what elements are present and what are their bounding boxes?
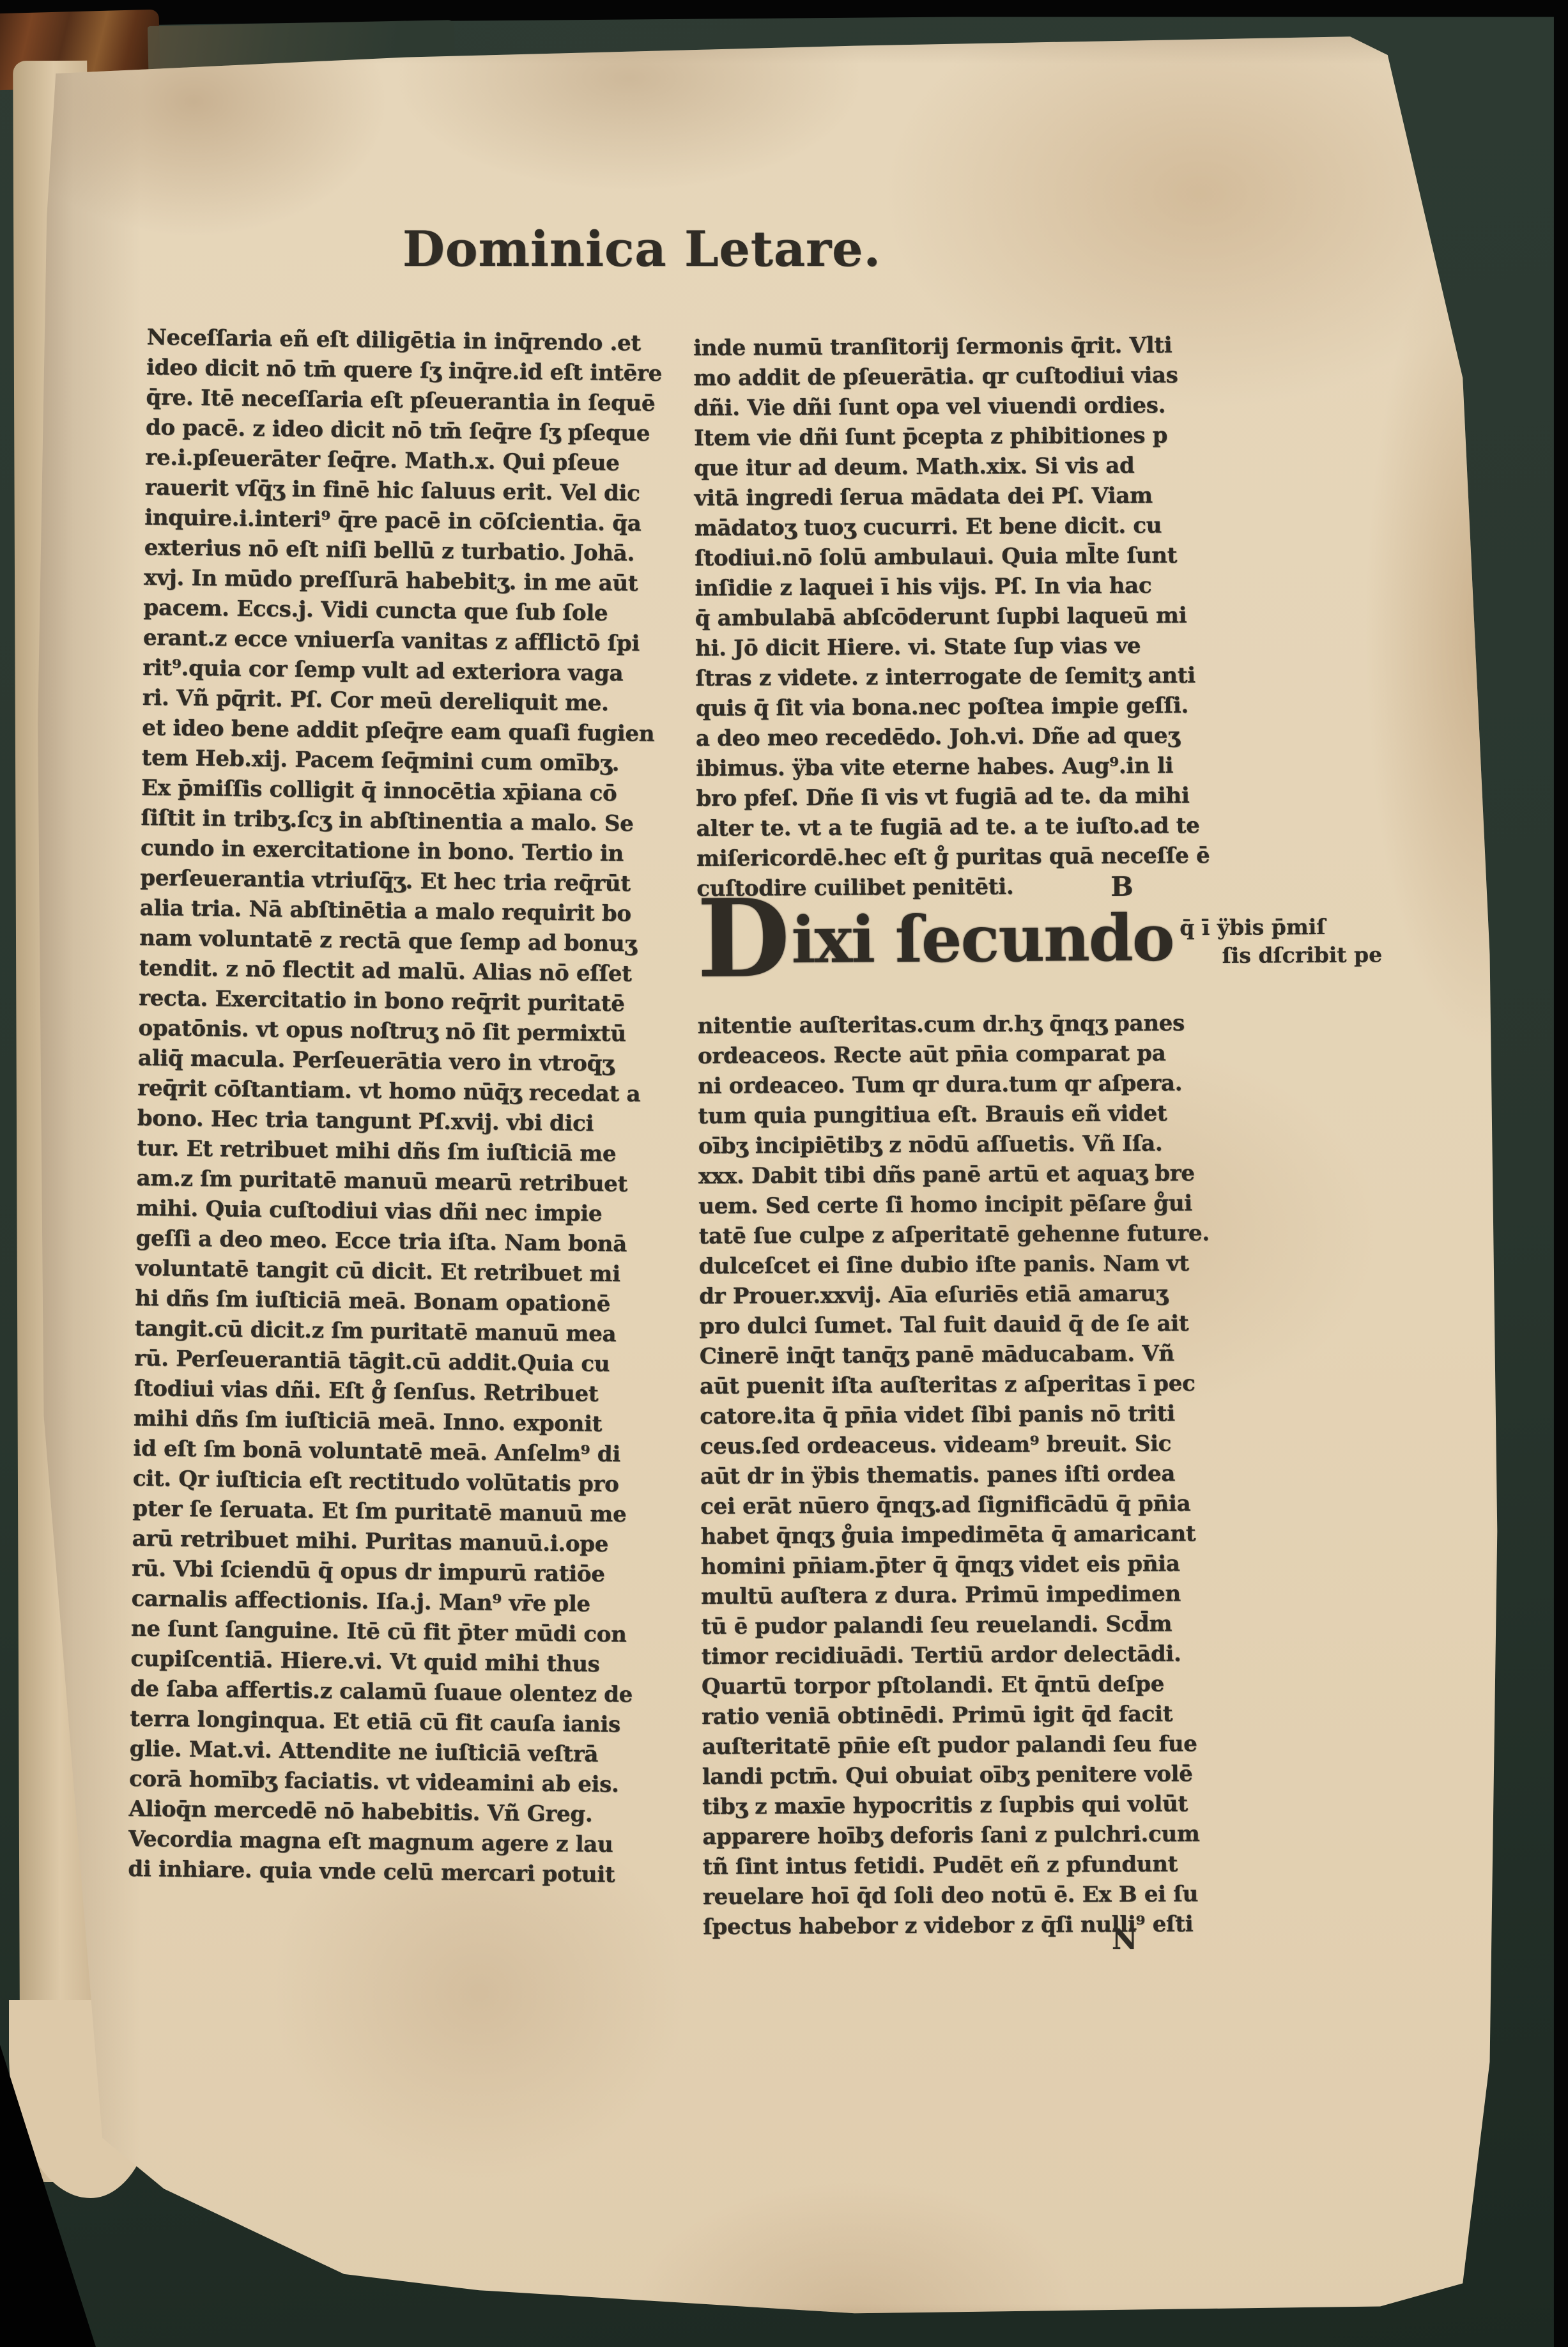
- text-line: ratio veniā obtinēdi. Primū igit q̄d fac…: [702, 1698, 1286, 1732]
- sidenote-line: q̄ ī ÿbis p̄miſ: [1180, 912, 1382, 942]
- book-photo: Dominica Letare. Neceſſaria eñ eſt dilig…: [0, 0, 1568, 2347]
- text-line: tum quia pungitiua eſt. Brauis eñ videt: [698, 1098, 1282, 1132]
- sidenote-line: ſis dſcribit pe: [1180, 941, 1383, 970]
- text-line: ni ordeaceo. Tum qr dura.tum qr aſpera.: [698, 1068, 1282, 1102]
- signature-mark: N: [1112, 1923, 1137, 1956]
- text-line: dñi. Vie dñi ſunt opa vel viuendi ordies…: [694, 390, 1279, 424]
- text-line: Item vie dñi ſunt p̄cepta z phibitiones …: [694, 420, 1279, 454]
- text-line: mādatoʒ tuoʒ cucurri. Et bene dicit. cu: [695, 510, 1279, 544]
- text-line: vitā ingredi ſerua mādata dei Pſ. Viam: [694, 480, 1279, 514]
- text-line: tū ē pudor palandi ſeu reuelandi. Scd̄m: [701, 1608, 1286, 1642]
- right-column-lower-block: nitentie auſteritas.cum dr.hʒ q̄nqʒ pane…: [697, 1008, 1287, 1943]
- text-line: cei erāt nūero q̄nqʒ.ad ſignificādū q̄ p…: [700, 1488, 1285, 1522]
- right-text-column: inde numū tranſitorij ſermonis q̄rit. Vl…: [693, 330, 1287, 1943]
- section-heading-sidenote: q̄ ī ÿbis p̄miſ ſis dſcribit pe: [1180, 900, 1382, 970]
- text-line: tñ ſint intus fetidi. Pudēt eñ z pfundun…: [703, 1849, 1287, 1882]
- text-line: tatē ſue culpe z aſperitatē gehenne futu…: [698, 1218, 1283, 1252]
- text-line: ordeaceos. Recte aūt pn̄ia comparat pa: [698, 1038, 1282, 1072]
- text-line: dr Prouer.xxvij. Aīa eſuriēs etiā amaruʒ: [699, 1278, 1284, 1312]
- text-line: inde numū tranſitorij ſermonis q̄rit. Vl…: [693, 330, 1278, 364]
- text-line: aūt puenit iſta auſteritas z aſperitas ī…: [700, 1368, 1284, 1402]
- text-line: uem. Sed certe ſi homo incipit pēſare g̊…: [698, 1188, 1283, 1222]
- section-heading: D ixi ſecundo q̄ ī ÿbis p̄miſ ſis dſcrib…: [696, 900, 1282, 1012]
- text-line: dulceſcet ei ſine dubio iſte panis. Nam …: [699, 1248, 1284, 1282]
- text-line: habet q̄nqʒ g̊uia impedimēta q̄ amarican…: [700, 1518, 1285, 1552]
- running-title: Dominica Letare.: [403, 220, 881, 277]
- text-line: Quartū torpor pſtolandi. Et q̄ntū deſpe: [702, 1668, 1286, 1702]
- text-line: que itur ad deum. Math.xix. Si vis ad: [694, 450, 1279, 484]
- text-line: ibimus. ÿba vite eterne habes. Aug⁹.in l…: [696, 750, 1280, 784]
- section-heading-word: ixi ſecundo: [791, 889, 1174, 988]
- text-line: apparere hoībʒ deforis ſani z pulchri.cu…: [702, 1819, 1287, 1852]
- book-page: Dominica Letare. Neceſſaria eñ eſt dilig…: [29, 32, 1530, 2339]
- text-line: bro pfeſ. Dñe ſi vis vt fugiā ad te. da …: [696, 780, 1280, 814]
- text-line: ſtodiui.nō ſolū ambulaui. Quia ml̄te ſun…: [695, 540, 1279, 574]
- text-line: tibʒ z maxīe hypocritis z ſupbis qui vol…: [702, 1789, 1287, 1822]
- text-line: quis q̄ ſit via bona.nec poſtea impie ge…: [695, 690, 1280, 724]
- text-line: Cinerē inq̄t tanq̄ʒ panē māducabam. Vñ: [700, 1338, 1284, 1372]
- text-line: timor recidiuādi. Tertiū ardor delectādi…: [702, 1638, 1286, 1672]
- right-column-upper-block: inde numū tranſitorij ſermonis q̄rit. Vl…: [693, 330, 1281, 904]
- text-line: di inhiare. quia vnde celū mercari potui…: [128, 1854, 697, 1891]
- text-line: q̄ ambulabā abſcōderunt ſupbi laqueū mi: [695, 600, 1280, 634]
- text-line: miſericordē.hec eſt g̊ puritas quā neceſ…: [696, 840, 1281, 874]
- text-line: ſtras z videte. z interrogate de ſemitʒ …: [695, 660, 1280, 694]
- text-line: nitentie auſteritas.cum dr.hʒ q̄nqʒ pane…: [697, 1008, 1282, 1042]
- text-line: ceus.ſed ordeaceus. videam⁹ breuit. Sic: [700, 1428, 1285, 1462]
- text-line: ſpectus habebor z videbor z q̄ſi nulli⁹ …: [703, 1909, 1287, 1943]
- text-line: oībʒ incipiētibʒ z nōdū aſſuetis. Vñ Iſa…: [698, 1128, 1283, 1162]
- text-line: xxx. Dabit tibi dñs panē artū et aquaʒ b…: [698, 1158, 1283, 1192]
- section-heading-initial: D: [696, 900, 790, 977]
- text-line: homini pn̄iam.p̄ter q̄ q̄nqʒ videt eis p…: [701, 1548, 1286, 1582]
- text-line: pro dulci ſumet. Tal fuit dauid q̄ de ſe…: [699, 1308, 1284, 1342]
- text-line: aūt dr in ÿbis thematis. panes iſti orde…: [700, 1458, 1285, 1492]
- text-line: multū auſtera z dura. Primū impedimen: [701, 1578, 1286, 1612]
- left-text-column: Neceſſaria eñ eſt diligētia in inq̄rendo…: [128, 323, 716, 1891]
- text-line: alter te. vt a te fugiā ad te. a te iuſt…: [696, 810, 1281, 844]
- text-line: auſteritatē pn̄ie eſt pudor palandi ſeu …: [702, 1728, 1286, 1762]
- text-line: landi pctm̄. Qui obuiat oībʒ penitere vo…: [702, 1758, 1287, 1792]
- text-line: hi. Jō dicit Hiere. vi. State ſup vias v…: [695, 630, 1280, 664]
- text-line: mo addit de pſeuerātia. qr cuſtodiui via…: [693, 360, 1278, 394]
- text-line: inſidie z laquei ī his vijs. Pſ. In via …: [695, 570, 1279, 604]
- text-line: catore.ita q̄ pn̄ia videt ſibi panis nō …: [700, 1398, 1284, 1432]
- text-line: reuelare hoī q̄d ſoli deo notū ē. Ex B e…: [703, 1879, 1287, 1912]
- text-line: a deo meo recedēdo. Joh.vi. Dñe ad queʒ: [696, 720, 1280, 754]
